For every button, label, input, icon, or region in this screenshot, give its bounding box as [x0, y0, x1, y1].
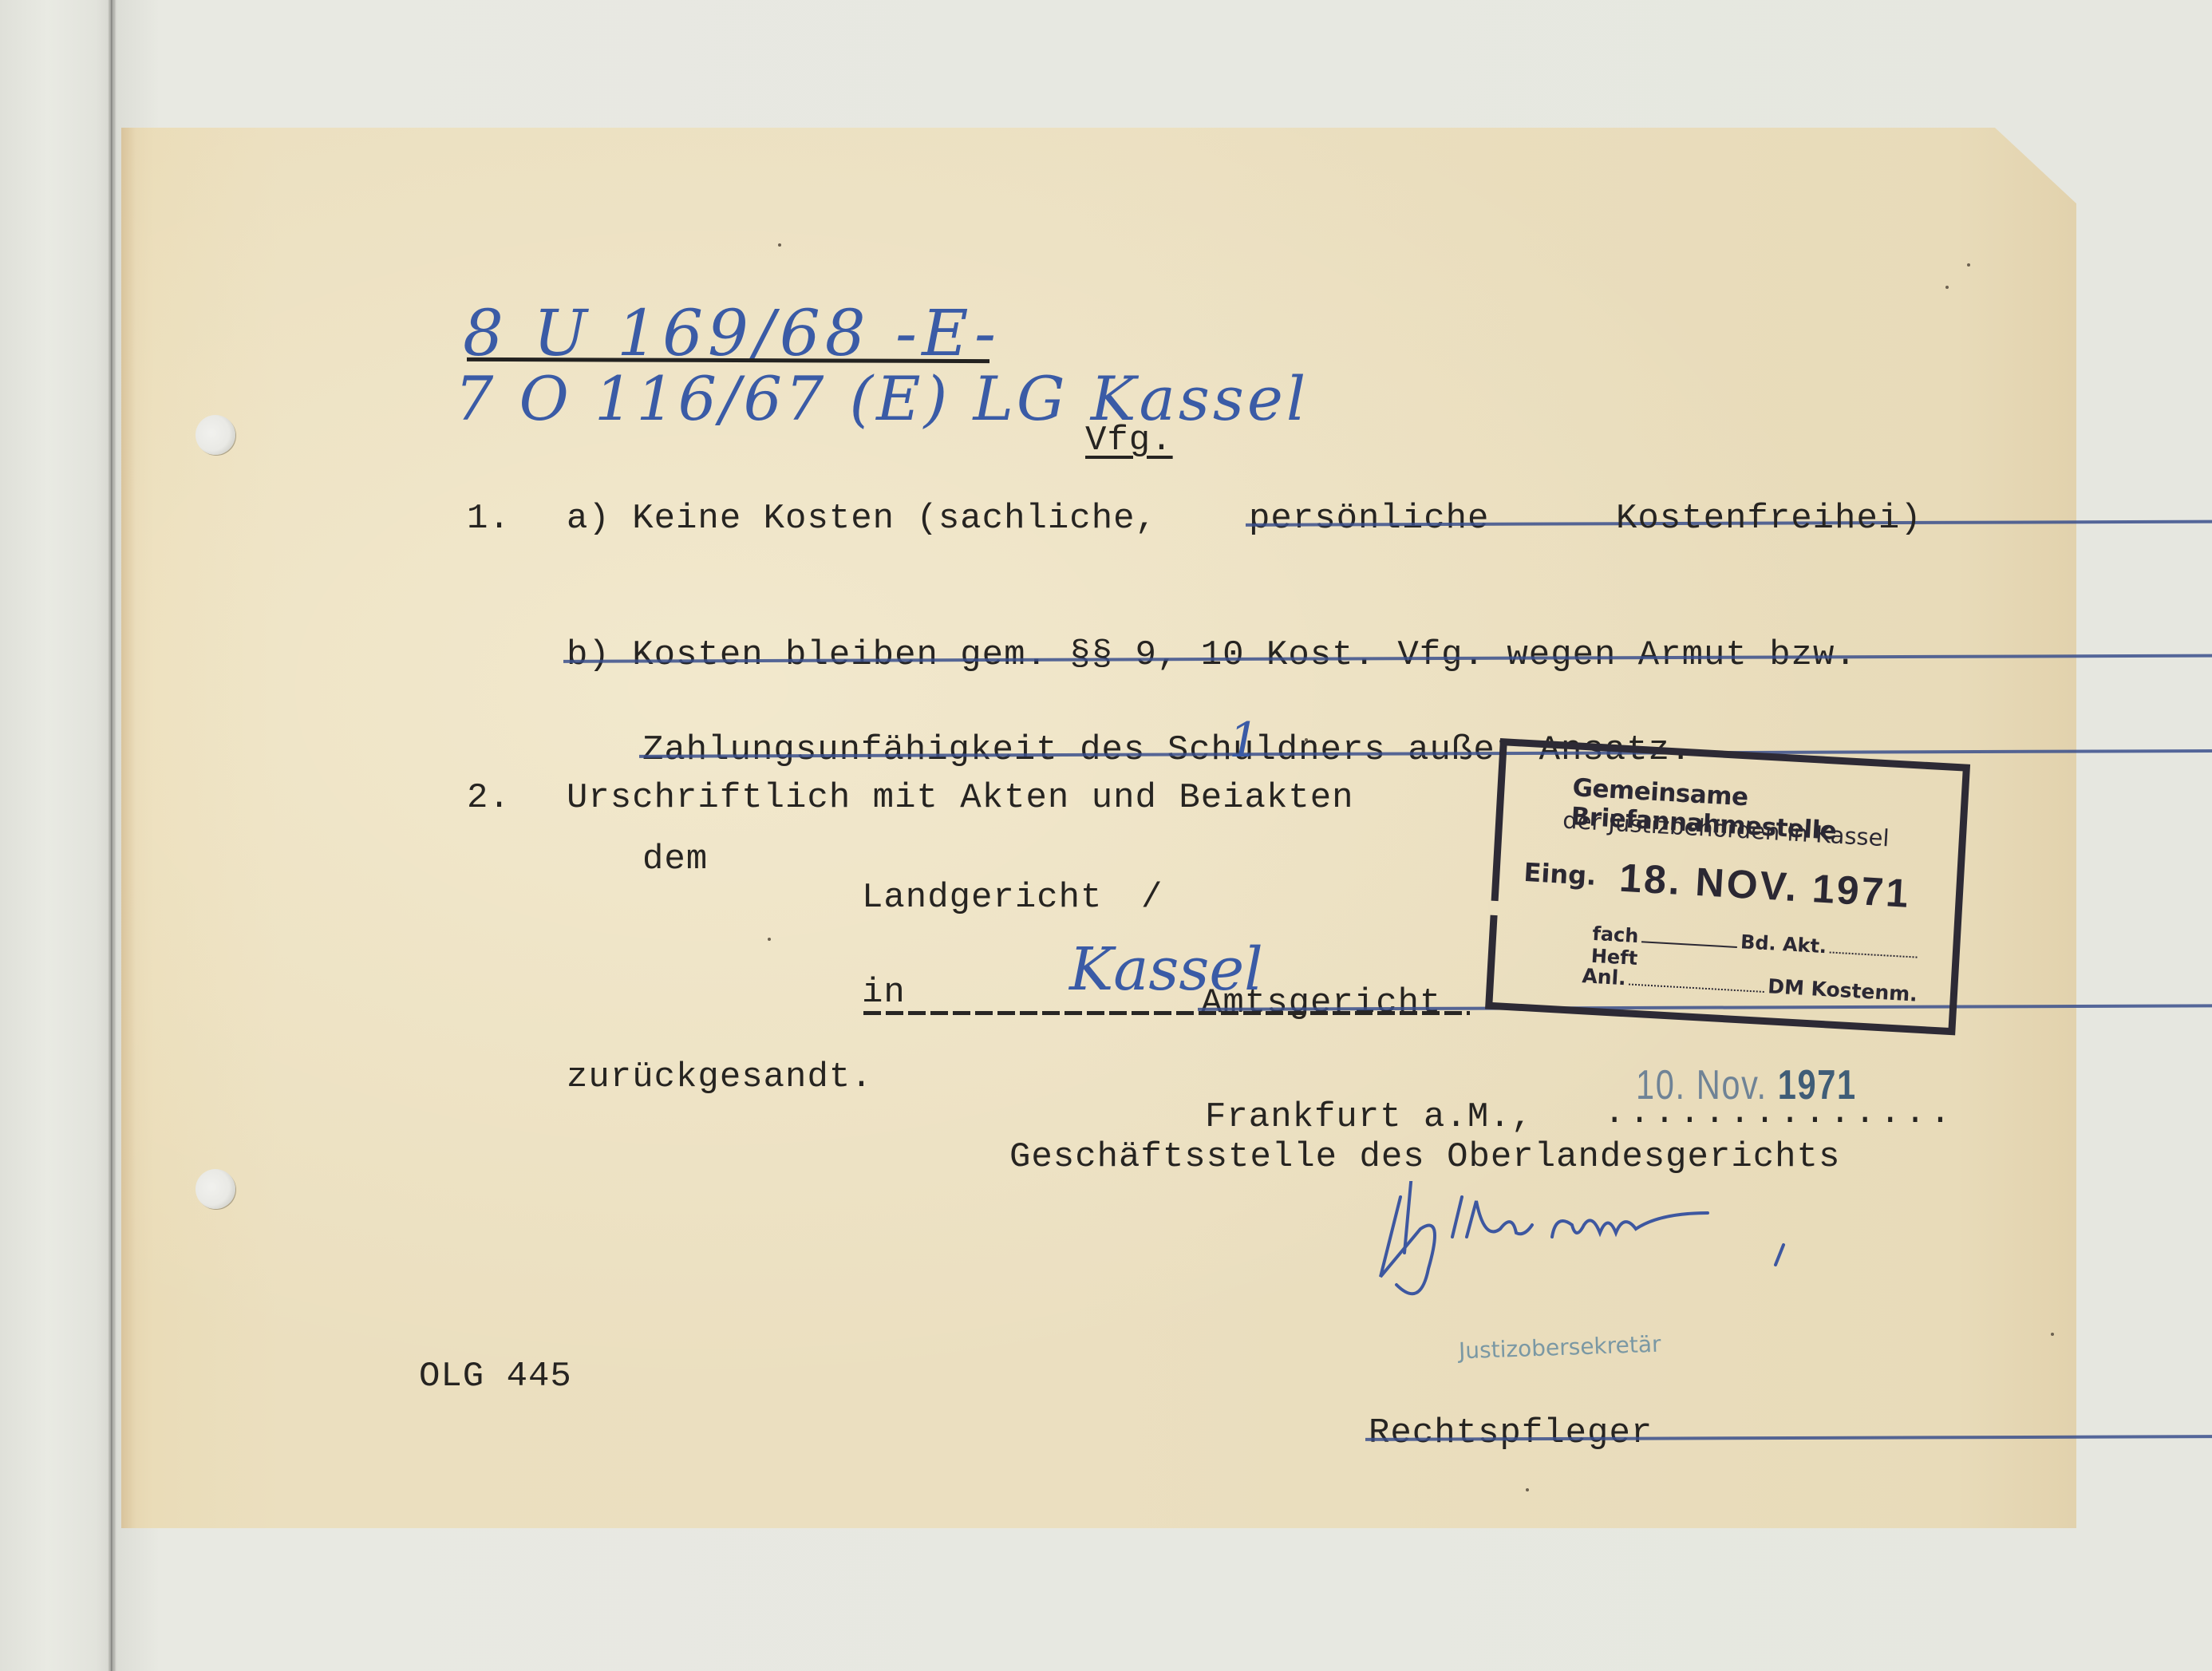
- role-rechtspfleger-struck: Rechtspfleger: [1369, 1416, 2212, 1451]
- court-separator: /: [1141, 880, 1163, 915]
- item-1a-suffix: Kostenfreihei): [1616, 501, 1922, 536]
- stamp-anl-label: Anl.: [1582, 964, 1627, 990]
- item-2-line-1: Urschriftlich mit Akten und Beiakten: [567, 780, 1354, 816]
- stamp-heft-blank: [1830, 951, 1918, 958]
- stamp-date: 18. NOV. 1971: [1618, 855, 1912, 917]
- signature-icon: [1373, 1181, 1803, 1301]
- stamp-fach-blank: [1641, 941, 1737, 948]
- heading-vfg: Vfg.: [1085, 423, 1173, 458]
- item-1b-line-1: b) Kosten bleiben gem. §§ 9, 10 Kost. Vf…: [567, 638, 2212, 673]
- handwritten-city: Kassel: [1069, 940, 1263, 999]
- punch-hole-top: [196, 415, 235, 455]
- stamp-bd-akt-label: Bd. Akt.: [1740, 930, 1827, 958]
- closing-text: zurückgesandt.: [567, 1060, 873, 1095]
- city-blank-line: [863, 1011, 1470, 1015]
- form-number: OLG 445: [419, 1359, 572, 1394]
- handwritten-case-number: 8 U 169/68 -E-: [463, 302, 1001, 365]
- date-dots: ..............: [1604, 1093, 1955, 1133]
- office-line: Geschäftsstelle des Oberlandesgerichts: [1009, 1140, 1840, 1175]
- item-2-number: 2.: [467, 780, 511, 816]
- sheet-left-edge: [121, 128, 136, 1528]
- item-1b-line-2: Zahlungsunfähigkeit des Schuldners außer…: [642, 733, 2212, 768]
- item-2-line-2: dem: [642, 842, 708, 877]
- receipt-stamp: Gemeinsame Briefannahmestelle der Justiz…: [1485, 738, 1970, 1035]
- stamp-eing-label: Eing.: [1523, 857, 1598, 891]
- binder-edge: [110, 0, 113, 1671]
- stamp-fach-label: fach: [1592, 922, 1639, 947]
- item-1a-text: a) Keine Kosten (sachliche,: [567, 501, 1157, 536]
- court-landgericht: Landgericht: [862, 880, 1102, 915]
- handwritten-lower-court-number: 7 O 116/67 (E) LG Kassel: [455, 369, 1309, 429]
- handwritten-mark: 1: [1229, 717, 1259, 764]
- place-line: Frankfurt a.M.,: [1205, 1100, 1533, 1135]
- in-label: in: [862, 975, 906, 1010]
- item-1-number: 1.: [467, 501, 511, 536]
- stamp-anl-blank: [1629, 983, 1764, 992]
- punch-hole-bottom: [196, 1169, 235, 1209]
- stamp-border-gap: [1488, 901, 1500, 916]
